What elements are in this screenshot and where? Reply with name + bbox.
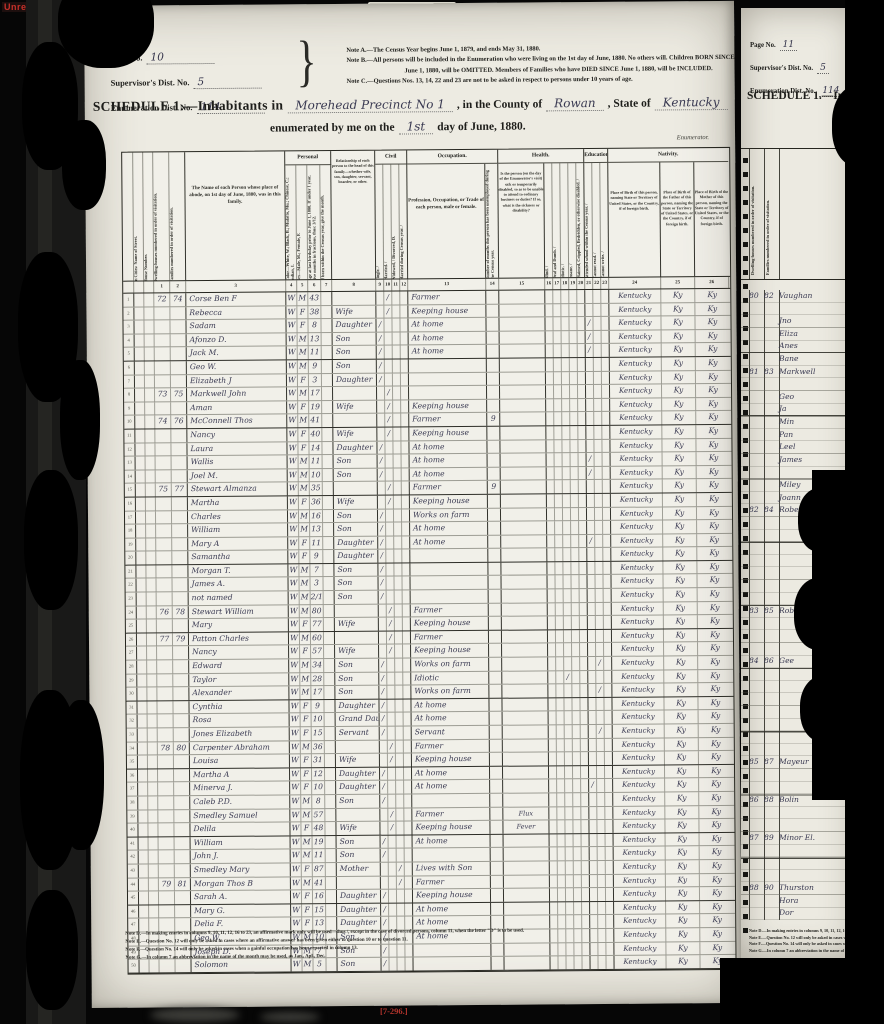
cell-family-number [174, 823, 190, 836]
cell-idiotic-mark [561, 290, 569, 303]
cell-cannot-write-mark [603, 521, 611, 534]
cell-cannot-write-mark [602, 371, 610, 384]
cell-mother-birthplace: Ky [695, 316, 729, 329]
cell-blind-mark [546, 358, 554, 371]
cell-months-unemployed [491, 889, 504, 902]
cell-family-number [172, 524, 188, 537]
right-table-row: Bane [741, 353, 857, 366]
cell-married-mark [388, 767, 396, 780]
cell-months-unemployed [490, 753, 503, 766]
cell-maimed-mark [579, 494, 587, 507]
cell-sex: F [298, 374, 309, 387]
cell-blind-mark [545, 304, 553, 317]
cell-dwelling-number: 72 [154, 293, 170, 306]
cell-months-unemployed [491, 862, 504, 875]
cell-color: W [288, 510, 299, 523]
cell-single-mark: / [381, 835, 389, 848]
enumerated-prefix: enumerated by me on the [270, 122, 395, 135]
cell-widowed-mark [395, 618, 403, 631]
cell-idiotic-mark [561, 304, 569, 317]
cell-sickness [502, 630, 548, 643]
cell-birthplace: Kentucky [612, 629, 664, 642]
cell-idiotic-mark [562, 345, 570, 358]
cell-mother-birthplace: Ky [698, 602, 732, 615]
cell-sex: F [301, 714, 312, 727]
cell-cannot-read-mark [596, 630, 604, 643]
cell-month-born [323, 550, 334, 563]
cell-maimed-mark [582, 875, 590, 888]
cell-family-number [171, 361, 187, 374]
cell-house-number [145, 429, 155, 442]
cell-months-unemployed [490, 807, 503, 820]
cell-sex: M [299, 455, 310, 468]
column-number: 22 [593, 278, 601, 289]
right-cell-dwelling [749, 907, 764, 920]
cell-house-number [146, 525, 156, 538]
cell-family-number [174, 715, 190, 728]
cell-maimed-mark [582, 902, 590, 915]
cell-color: W [287, 333, 298, 346]
right-table-row: James [741, 454, 857, 467]
supervisor-value: 5 [193, 76, 261, 90]
cell-dwelling-number [158, 728, 174, 741]
cell-house-number [149, 892, 159, 905]
cell-maimed-mark [577, 317, 585, 330]
cell-house-number [149, 864, 159, 877]
cell-married-mark: / [385, 387, 393, 400]
cell-widowed-mark [396, 781, 404, 794]
cell-color: W [288, 455, 299, 468]
cell-mother-birthplace: Ky [698, 656, 732, 669]
cell-single-mark [381, 876, 389, 889]
cell-color: W [287, 428, 298, 441]
cell-birthplace: Kentucky [610, 344, 662, 357]
cell-single-mark: / [376, 319, 384, 332]
right-note-e: Note E.—Question No. 12 will only be ask… [749, 935, 853, 940]
col-name-label: The Name of each Person whose place of a… [185, 151, 284, 206]
cell-married-mark [386, 550, 394, 563]
cell-house-number [149, 905, 159, 918]
cell-month-born [325, 754, 336, 767]
cell-occupation [409, 359, 487, 372]
cell-birthplace: Kentucky [613, 752, 665, 765]
cell-sex: F [301, 782, 312, 795]
cell-name: Minerva J. [190, 782, 290, 795]
cell-deaf-mark [556, 698, 564, 711]
cell-house-number [148, 742, 158, 755]
cell-occupation [410, 563, 488, 576]
cell-street [138, 769, 148, 782]
cell-birthplace: Kentucky [609, 303, 661, 316]
column-number [134, 282, 144, 293]
cell-month-born [326, 877, 337, 890]
cell-month-born [324, 686, 335, 699]
cell-father-birthplace: Ky [663, 452, 697, 465]
cell-idiotic-mark [562, 399, 570, 412]
right-cell-pad [741, 794, 749, 807]
cell-school-mark [589, 820, 597, 833]
cell-blind-mark [548, 589, 556, 602]
cell-single-mark [377, 428, 385, 441]
right-column-headers: Dwelling-houses numbered in order of vis… [741, 148, 857, 280]
cell-house-number [145, 389, 155, 402]
cell-occupation: Farmer [409, 413, 487, 426]
cell-family-number [172, 470, 188, 483]
cell-line-number: 46 [128, 905, 139, 918]
col-married-cy-label: Married during Census year. / [399, 164, 405, 278]
cell-idiotic-mark [565, 752, 573, 765]
cell-single-mark: / [379, 659, 387, 672]
cell-cannot-read-mark [595, 467, 603, 480]
cell-married-mark: / [386, 495, 394, 508]
right-cell-dwelling: 83 [749, 605, 764, 618]
state-label: , State of [608, 98, 651, 110]
cell-line-number: 16 [125, 498, 136, 511]
cell-single-mark: / [380, 795, 388, 808]
cell-single-mark: / [380, 727, 388, 740]
cell-widowed-mark [397, 849, 405, 862]
cell-occupation: At home [412, 712, 490, 725]
cell-age: 19 [313, 836, 326, 849]
cell-name: Jones Elizabeth [190, 727, 290, 740]
cell-married-mark [388, 713, 396, 726]
cell-occupation: At home [410, 454, 488, 467]
cell-idiotic-mark [565, 807, 573, 820]
cell-insane-mark [572, 698, 580, 711]
cell-relationship: Wife [334, 496, 378, 509]
cell-months-unemployed [488, 549, 501, 562]
cell-relationship: Daughter [337, 903, 381, 916]
cell-color: W [286, 306, 297, 319]
cell-dwelling-number [158, 715, 174, 728]
cell-cannot-write-mark [604, 630, 612, 643]
cell-insane-mark [570, 426, 578, 439]
group-civil-condition: Civil Condition. [375, 150, 407, 164]
cell-widowed-mark [393, 387, 401, 400]
cell-deaf-mark [557, 766, 565, 779]
cell-cannot-write-mark [602, 358, 610, 371]
cell-deaf-mark [554, 440, 562, 453]
cell-line-number: 29 [126, 674, 137, 687]
cell-maimed-mark [579, 508, 587, 521]
cell-idiotic-mark [564, 698, 572, 711]
cell-birthplace: Kentucky [612, 656, 664, 669]
cell-sex: F [297, 319, 308, 332]
cell-insane-mark [571, 508, 579, 521]
cell-sex: F [298, 401, 309, 414]
cell-name: Cynthia [189, 700, 289, 713]
cell-mother-birthplace: Ky [700, 928, 734, 941]
cell-married-cy-mark [402, 550, 410, 563]
right-cell-pad [741, 492, 749, 505]
cell-line-number: 42 [128, 851, 139, 864]
cell-months-unemployed [488, 454, 501, 467]
col-father-birthplace: Place of Birth of the Father of this per… [660, 162, 695, 276]
cell-married-mark [386, 509, 394, 522]
cell-occupation: Keeping house [412, 753, 490, 766]
cell-house-number [148, 756, 158, 769]
cell-line-number: 6 [124, 362, 135, 375]
cell-school-mark [586, 358, 594, 371]
cell-relationship [333, 414, 377, 427]
cell-relationship: Grand Daughter [336, 713, 380, 726]
cell-street [137, 674, 147, 687]
cell-widowed-mark [395, 659, 403, 672]
cell-months-unemployed [487, 440, 500, 453]
col-street-label: In Cities: Name of Street. [133, 153, 139, 281]
torn-blob [58, 700, 104, 850]
cell-color: W [290, 822, 301, 835]
cell-single-mark [377, 400, 385, 413]
cell-school-mark [588, 616, 596, 629]
cell-dwelling-number [157, 688, 173, 701]
cell-birthplace: Kentucky [611, 561, 663, 574]
cell-idiotic-mark [564, 603, 572, 616]
cell-months-unemployed [490, 726, 503, 739]
cell-father-birthplace: Ky [662, 384, 696, 397]
cell-insane-mark [571, 480, 579, 493]
cell-line-number: 3 [123, 321, 134, 334]
cell-dwelling-number [157, 647, 173, 660]
cell-sickness [502, 603, 548, 616]
right-cell-family: 84 [764, 504, 779, 517]
cell-street [139, 851, 149, 864]
cell-mother-birthplace: Ky [696, 357, 730, 370]
cell-single-mark [378, 496, 386, 509]
cell-mother-birthplace: Ky [699, 724, 733, 737]
cell-widowed-mark [394, 495, 402, 508]
cell-dwelling-number [159, 864, 175, 877]
cell-birthplace: Kentucky [614, 888, 666, 901]
cell-street [137, 620, 147, 633]
cell-month-born [325, 822, 336, 835]
col-widowed-label: Widowed, / Divorced, D. [391, 165, 397, 279]
cell-deaf-mark [557, 793, 565, 806]
cell-sickness [503, 712, 549, 725]
cell-street [136, 457, 146, 470]
right-cell-family: 82 [764, 290, 779, 303]
cell-street [138, 783, 148, 796]
right-table-row: 80 82 Vaughan [741, 290, 857, 303]
cell-sickness [503, 766, 549, 779]
cell-sex: M [300, 659, 311, 672]
cell-age: 11 [310, 537, 323, 550]
cell-family-number [173, 592, 189, 605]
cell-idiotic-mark [562, 440, 570, 453]
cell-blind-mark [548, 603, 556, 616]
cell-maimed-mark [582, 861, 590, 874]
cell-blind-mark [549, 712, 557, 725]
cell-color: W [289, 659, 300, 672]
cell-sex: M [301, 741, 312, 754]
torn-blob [798, 488, 844, 552]
cell-father-birthplace: Ky [662, 371, 696, 384]
cell-house-number [145, 334, 155, 347]
cell-father-birthplace: Ky [666, 901, 700, 914]
cell-family-number [174, 728, 190, 741]
cell-sex: M [302, 836, 313, 849]
cell-deaf-mark [555, 521, 563, 534]
cell-widowed-mark [393, 346, 401, 359]
right-cell-dwelling [749, 441, 764, 454]
cell-cannot-write-mark [604, 670, 612, 683]
cell-months-unemployed [491, 875, 504, 888]
cell-color: W [288, 483, 299, 496]
cell-married-mark: / [385, 428, 393, 441]
cell-name: Smedley Mary [191, 863, 291, 876]
cell-birthplace: Kentucky [614, 874, 666, 887]
cell-idiotic-mark [563, 548, 571, 561]
cell-occupation: Keeping house [410, 495, 488, 508]
cell-name: Taylor [189, 673, 289, 686]
cell-mother-birthplace: Ky [700, 941, 734, 954]
cell-line-number: 24 [126, 606, 137, 619]
cell-cannot-write-mark [603, 467, 611, 480]
cell-name: Carpenter Abraham [190, 741, 290, 754]
cell-father-birthplace: Ky [663, 547, 697, 560]
cell-line-number: 7 [124, 375, 135, 388]
cell-school-mark [588, 630, 596, 643]
cell-mother-birthplace: Ky [696, 371, 730, 384]
cell-occupation: Farmer [413, 875, 491, 888]
cell-relationship [335, 632, 379, 645]
cell-occupation: At home [413, 903, 491, 916]
column-number: 6 [308, 280, 321, 291]
cell-deaf-mark [558, 875, 566, 888]
cell-insane-mark [573, 779, 581, 792]
cell-deaf-mark [555, 481, 563, 494]
col-occupation: Profession, Occupation, or Trade of each… [407, 164, 486, 279]
cell-father-birthplace: Ky [664, 629, 698, 642]
cell-mother-birthplace: Ky [700, 860, 734, 873]
cell-married-mark [385, 360, 393, 373]
cell-dwelling-number [155, 334, 171, 347]
cell-relationship [335, 604, 379, 617]
cell-house-number [144, 321, 154, 334]
cell-street [137, 606, 147, 619]
cell-family-number [170, 307, 186, 320]
cell-widowed-mark [395, 686, 403, 699]
cell-sickness [503, 725, 549, 738]
right-cell-pad [741, 454, 749, 467]
cell-mother-birthplace: Ky [697, 534, 731, 547]
cell-street [137, 593, 147, 606]
cell-color: W [289, 673, 300, 686]
cell-single-mark [381, 863, 389, 876]
cell-color: W [289, 700, 300, 713]
cell-maimed-mark [580, 589, 588, 602]
cell-cannot-read-mark [597, 766, 605, 779]
cell-sickness: Flux [503, 807, 549, 820]
cell-blind-mark [549, 793, 557, 806]
cell-sex: M [301, 795, 312, 808]
cell-blind-mark [547, 549, 555, 562]
cell-sex: F [302, 863, 313, 876]
right-supervisor-value: 5 [817, 63, 829, 74]
cell-birthplace: Kentucky [613, 820, 665, 833]
cell-deaf-mark [555, 562, 563, 575]
cell-sickness [499, 318, 545, 331]
cell-married-mark [386, 523, 394, 536]
cell-family-number [175, 905, 191, 918]
cell-name: Nancy [187, 428, 287, 441]
column-number: 19 [569, 278, 577, 289]
cell-widowed-mark [395, 604, 403, 617]
cell-married-cy-mark [404, 794, 412, 807]
cell-relationship: Wife [332, 305, 376, 318]
cell-month-born [323, 564, 334, 577]
cell-widowed-mark [393, 332, 401, 345]
cell-months-unemployed [488, 495, 501, 508]
cell-school-mark [586, 399, 594, 412]
cell-occupation: Farmer [411, 603, 489, 616]
cell-cannot-read-mark [595, 507, 603, 520]
cell-father-birthplace: Ky [666, 887, 700, 900]
cell-street [139, 905, 149, 918]
cell-family-number: 79 [173, 633, 189, 646]
cell-house-number [147, 674, 157, 687]
cell-age: 11 [313, 849, 326, 862]
cell-insane-mark [570, 440, 578, 453]
cell-family-number [174, 796, 190, 809]
cell-school-mark [590, 861, 598, 874]
cell-father-birthplace: Ky [663, 507, 697, 520]
cell-married-cy-mark [401, 332, 409, 345]
cell-house-number [146, 538, 156, 551]
cell-insane-mark [571, 548, 579, 561]
cell-house-number [148, 796, 158, 809]
schedule-title-line: SCHEDULE 1.—Inhabitants in Morehead Prec… [93, 93, 733, 116]
cell-blind-mark [548, 617, 556, 630]
cell-mother-birthplace: Ky [696, 411, 730, 424]
cell-color: W [287, 442, 298, 455]
cell-maimed-mark [579, 562, 587, 575]
cell-color: W [289, 687, 300, 700]
cell-street [138, 729, 148, 742]
note-g: Note G.—In column 7 an abbreviation in t… [125, 954, 325, 961]
cell-insane-mark [574, 888, 582, 901]
cell-age: 36 [310, 496, 323, 509]
cell-line-number: 20 [125, 552, 136, 565]
cell-mother-birthplace: Ky [696, 384, 730, 397]
cell-cannot-read-mark [593, 317, 601, 330]
cell-month-born [322, 360, 333, 373]
cell-dwelling-number: 79 [159, 878, 175, 891]
cell-name: Corse Ben F [186, 292, 286, 305]
cell-sex: M [299, 483, 310, 496]
cell-blind-mark [550, 875, 558, 888]
cell-sex: F [299, 551, 310, 564]
torn-blob [794, 578, 846, 650]
cell-school-mark: / [586, 344, 594, 357]
col-relationship-label: Relationship of each person to the head … [331, 151, 374, 186]
cell-school-mark [586, 385, 594, 398]
cell-widowed-mark [394, 523, 402, 536]
cell-sex: F [301, 727, 312, 740]
cell-birthplace: Kentucky [612, 616, 664, 629]
cell-blind-mark [550, 834, 558, 847]
cell-married-cy-mark [403, 686, 411, 699]
cell-street [138, 796, 148, 809]
cell-married-mark: / [387, 631, 395, 644]
cell-dwelling-number [155, 348, 171, 361]
cell-month-born [326, 849, 337, 862]
cell-school-mark [590, 847, 598, 860]
cell-occupation: At home [411, 699, 489, 712]
cell-occupation [409, 372, 487, 385]
cell-insane-mark [573, 766, 581, 779]
cell-family-number [172, 551, 188, 564]
